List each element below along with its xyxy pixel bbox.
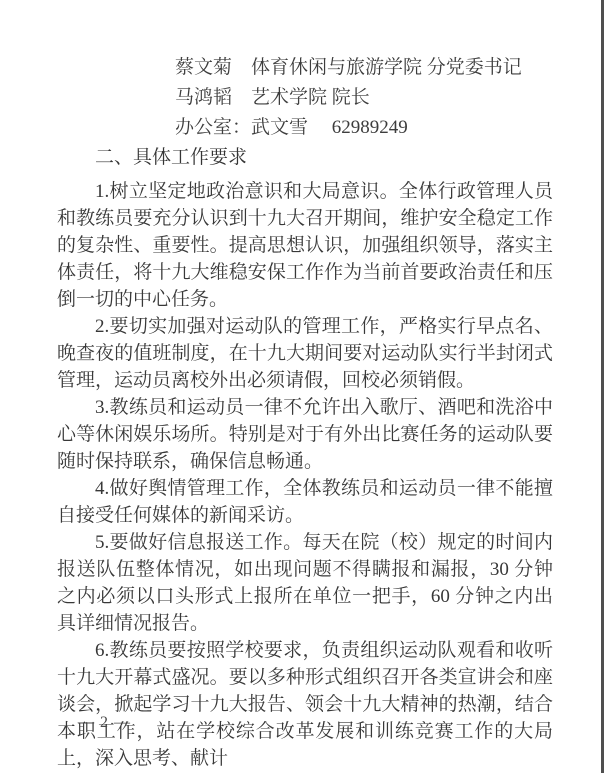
body-paragraph-1: 1.树立坚定地政治意识和大局意识。全体行政管理人员和教练员要充分认识到十九大召开… bbox=[57, 178, 553, 313]
contact-block: 蔡文菊 体育休闲与旅游学院 分党委书记 马鸿韬 艺术学院 院长 办公室：武文雪 … bbox=[175, 53, 553, 143]
contact-line-office: 办公室：武文雪 62989249 bbox=[175, 113, 553, 143]
document-content: 蔡文菊 体育休闲与旅游学院 分党委书记 马鸿韬 艺术学院 院长 办公室：武文雪 … bbox=[57, 53, 553, 772]
contact-line-caiwenjv: 蔡文菊 体育休闲与旅游学院 分党委书记 bbox=[175, 53, 553, 83]
contact-line-mahongtao: 马鸿韬 艺术学院 院长 bbox=[175, 83, 553, 113]
section-heading: 二、具体工作要求 bbox=[57, 143, 553, 173]
body-paragraph-3: 3.教练员和运动员一律不允许出入歌厅、酒吧和洗浴中心等休闲娱乐场所。特别是对于有… bbox=[57, 394, 553, 475]
scan-edge-line bbox=[601, 0, 604, 773]
body-paragraph-5: 5.要做好信息报送工作。每天在院（校）规定的时间内报送队伍整体情况，如出现问题不… bbox=[57, 529, 553, 637]
body-block: 1.树立坚定地政治意识和大局意识。全体行政管理人员和教练员要充分认识到十九大召开… bbox=[57, 178, 553, 772]
body-paragraph-6: 6.教练员要按照学校要求，负责组织运动队观看和收听十九大开幕式盛况。要以多种形式… bbox=[57, 637, 553, 772]
page-number: — 2 — bbox=[78, 714, 131, 732]
body-paragraph-4: 4.做好舆情管理工作，全体教练员和运动员一律不能擅自接受任何媒体的新闻采访。 bbox=[57, 475, 553, 529]
body-paragraph-2: 2.要切实加强对运动队的管理工作，严格实行早点名、晚查夜的值班制度，在十九大期间… bbox=[57, 313, 553, 394]
document-page: 蔡文菊 体育休闲与旅游学院 分党委书记 马鸿韬 艺术学院 院长 办公室：武文雪 … bbox=[0, 0, 605, 773]
